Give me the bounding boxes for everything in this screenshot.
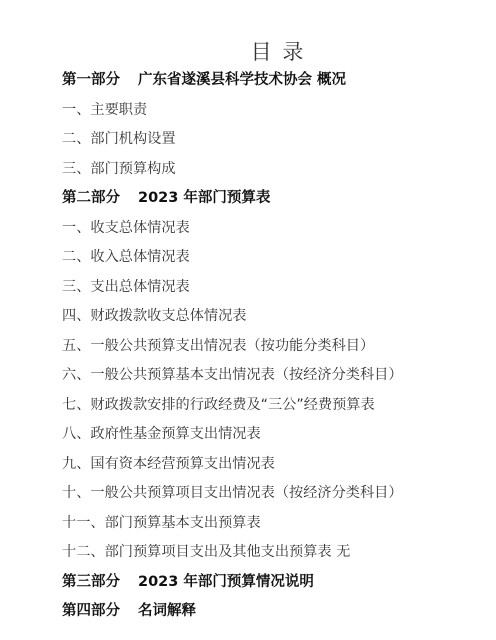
toc-item[interactable]: 三、支出总体情况表	[62, 273, 403, 303]
part-label: 第四部分	[62, 603, 120, 619]
part-label: 第一部分	[62, 72, 120, 88]
toc-item[interactable]: 十二、部门预算项目支出及其他支出预算表 无	[62, 538, 403, 568]
part-title: 广东省遂溪县科学技术协会 概况	[138, 72, 346, 88]
toc-item[interactable]: 六、一般公共预算基本支出情况表（按经济分类科目）	[62, 361, 403, 391]
toc-title-text: 目 录	[251, 36, 306, 66]
toc-part-2[interactable]: 第二部分2023 年部门预算表	[62, 184, 403, 214]
part-title: 名词解释	[138, 603, 196, 619]
toc-title: 目 录	[0, 36, 496, 66]
toc-item[interactable]: 一、收支总体情况表	[62, 214, 403, 244]
toc-item[interactable]: 五、一般公共预算支出情况表（按功能分类科目）	[62, 332, 403, 362]
toc-item[interactable]: 八、政府性基金预算支出情况表	[62, 420, 403, 450]
toc-item[interactable]: 九、国有资本经营预算支出情况表	[62, 450, 403, 480]
toc-part-1[interactable]: 第一部分广东省遂溪县科学技术协会 概况	[62, 66, 403, 96]
toc-item[interactable]: 一、主要职责	[62, 96, 403, 126]
toc-item[interactable]: 二、部门机构设置	[62, 125, 403, 155]
part-title: 2023 年部门预算情况说明	[138, 574, 314, 590]
toc-part-4[interactable]: 第四部分名词解释	[62, 597, 403, 627]
toc-part-3[interactable]: 第三部分2023 年部门预算情况说明	[62, 568, 403, 598]
toc-item[interactable]: 三、部门预算构成	[62, 155, 403, 185]
part-label: 第二部分	[62, 190, 120, 206]
toc-item[interactable]: 十一、部门预算基本支出预算表	[62, 509, 403, 539]
toc-item[interactable]: 二、收入总体情况表	[62, 243, 403, 273]
toc-item[interactable]: 十、一般公共预算项目支出情况表（按经济分类科目）	[62, 479, 403, 509]
table-of-contents: 第一部分广东省遂溪县科学技术协会 概况 一、主要职责 二、部门机构设置 三、部门…	[62, 66, 403, 627]
document-page: 目 录 第一部分广东省遂溪县科学技术协会 概况 一、主要职责 二、部门机构设置 …	[0, 0, 496, 640]
part-label: 第三部分	[62, 574, 120, 590]
part-title: 2023 年部门预算表	[138, 190, 270, 206]
toc-item[interactable]: 四、财政拨款收支总体情况表	[62, 302, 403, 332]
toc-item[interactable]: 七、财政拨款安排的行政经费及“三公”经费预算表	[62, 391, 403, 421]
